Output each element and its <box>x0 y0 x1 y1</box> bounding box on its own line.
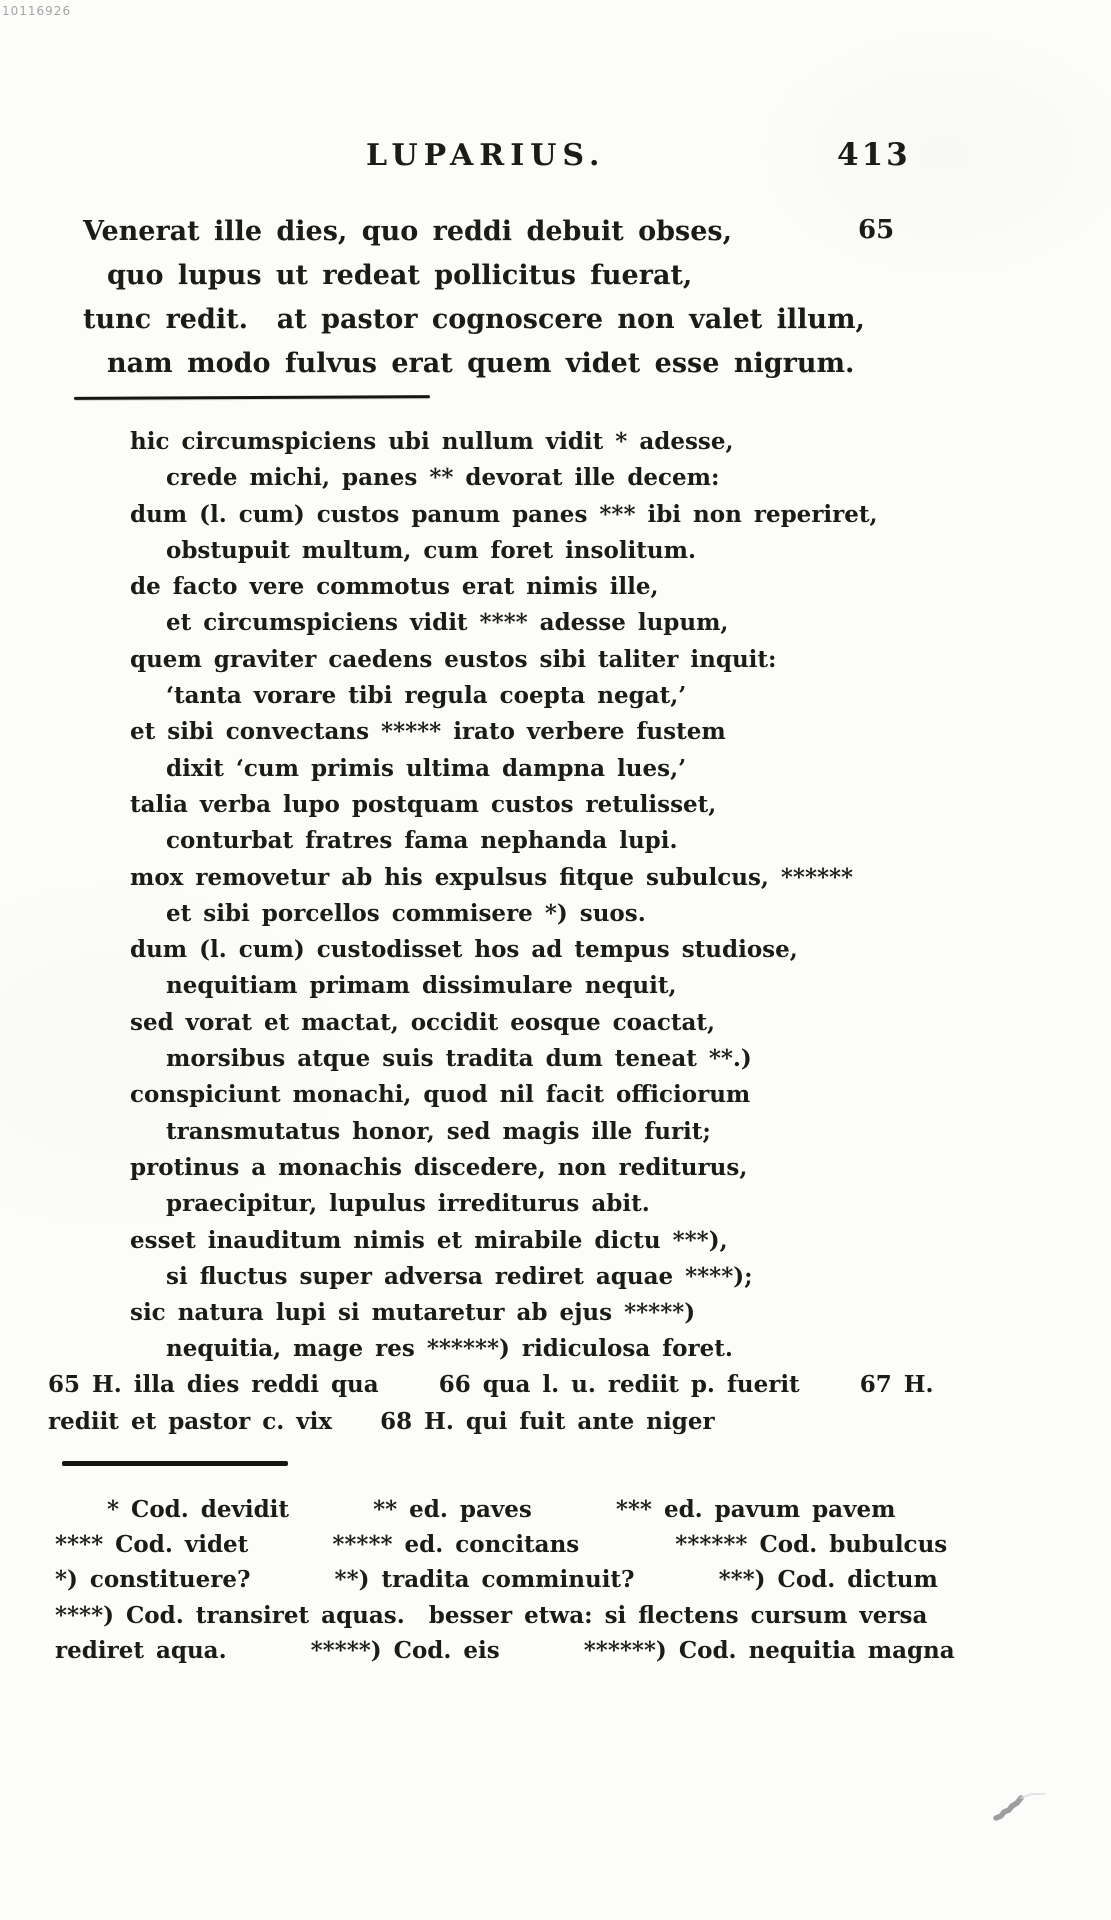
verse-line: conturbat fratres fama nephanda lupi. <box>130 823 878 859</box>
verse-line: dum (l. cum) custos panum panes *** ibi … <box>130 497 878 533</box>
verse-line: de facto vere commotus erat nimis ille, <box>130 569 878 605</box>
verse-line: praecipitur, lupulus irrediturus abit. <box>130 1186 878 1222</box>
verse-line: mox removetur ab his expulsus fitque sub… <box>130 860 878 896</box>
verse-line: quem graviter caedens eustos sibi talite… <box>130 642 878 678</box>
verse-line: quo lupus ut redeat pollicitus fuerat, <box>83 254 865 298</box>
book-page-scan: 10116926 LUPARIUS. 413 Venerat ille dies… <box>0 0 1111 1920</box>
page-number: 413 <box>837 137 911 173</box>
verse-line: nequitiam primam dissimulare nequit, <box>130 968 878 1004</box>
apparatus-line: rediit et pastor c. vix 68 H. qui fuit a… <box>48 1403 933 1440</box>
pen-mark-artifact <box>988 1786 1052 1830</box>
apparatus-line: 65 H. illa dies reddi qua 66 qua l. u. r… <box>48 1366 933 1403</box>
verse-line: morsibus atque suis tradita dum teneat *… <box>130 1041 878 1077</box>
critical-apparatus: 65 H. illa dies reddi qua 66 qua l. u. r… <box>48 1366 933 1440</box>
verse-line: obstupuit multum, cum foret insolitum. <box>130 533 878 569</box>
verse-line: dum (l. cum) custodisset hos ad tempus s… <box>130 932 878 968</box>
opening-stanza: Venerat ille dies, quo reddi debuit obse… <box>83 210 865 386</box>
verse-line: talia verba lupo postquam custos retulis… <box>130 787 878 823</box>
scan-id-number: 10116926 <box>2 4 71 18</box>
verse-line: dixit ‘cum primis ultima dampna lues,’ <box>130 751 878 787</box>
verse-line: et circumspiciens vidit **** adesse lupu… <box>130 605 878 641</box>
verse-line: nam modo fulvus erat quem videt esse nig… <box>83 342 865 386</box>
verse-line: tunc redit. at pastor cognoscere non val… <box>83 298 865 342</box>
verse-line: et sibi convectans ***** irato verbere f… <box>130 714 878 750</box>
verse-line: et sibi porcellos commisere *) suos. <box>130 896 878 932</box>
footnote-line: * Cod. devidit ** ed. paves *** ed. pavu… <box>55 1492 955 1527</box>
verse-line: sed vorat et mactat, occidit eosque coac… <box>130 1005 878 1041</box>
chapter-title: LUPARIUS. <box>366 138 605 173</box>
verse-line: ‘tanta vorare tibi regula coepta negat,’ <box>130 678 878 714</box>
verse-line: nequitia, mage res ******) ridiculosa fo… <box>130 1331 878 1367</box>
verse-line: si fluctus super adversa rediret aquae *… <box>130 1259 878 1295</box>
footnote-divider-rule <box>62 1461 288 1466</box>
verse-line: sic natura lupi si mutaretur ab ejus ***… <box>130 1295 878 1331</box>
verse-number-65: 65 <box>858 215 894 245</box>
footnote-line: *) constituere? **) tradita comminuit? *… <box>55 1562 955 1597</box>
section-divider-rule <box>74 395 430 400</box>
verse-line: esset inauditum nimis et mirabile dictu … <box>130 1223 878 1259</box>
verse-line: protinus a monachis discedere, non redit… <box>130 1150 878 1186</box>
footnote-line: **** Cod. videt ***** ed. concitans ****… <box>55 1527 955 1562</box>
footnote-line: ****) Cod. transiret aquas. besser etwa:… <box>55 1598 955 1633</box>
footnote-line: rediret aqua. *****) Cod. eis ******) Co… <box>55 1633 955 1668</box>
verse-line: crede michi, panes ** devorat ille decem… <box>130 460 878 496</box>
verse-line: hic circumspiciens ubi nullum vidit * ad… <box>130 424 878 460</box>
verse-line: conspiciunt monachi, quod nil facit offi… <box>130 1077 878 1113</box>
footnotes-block: * Cod. devidit ** ed. paves *** ed. pavu… <box>55 1492 955 1668</box>
poem-body: hic circumspiciens ubi nullum vidit * ad… <box>130 424 878 1368</box>
verse-line: transmutatus honor, sed magis ille furit… <box>130 1114 878 1150</box>
verse-line: Venerat ille dies, quo reddi debuit obse… <box>83 210 865 254</box>
